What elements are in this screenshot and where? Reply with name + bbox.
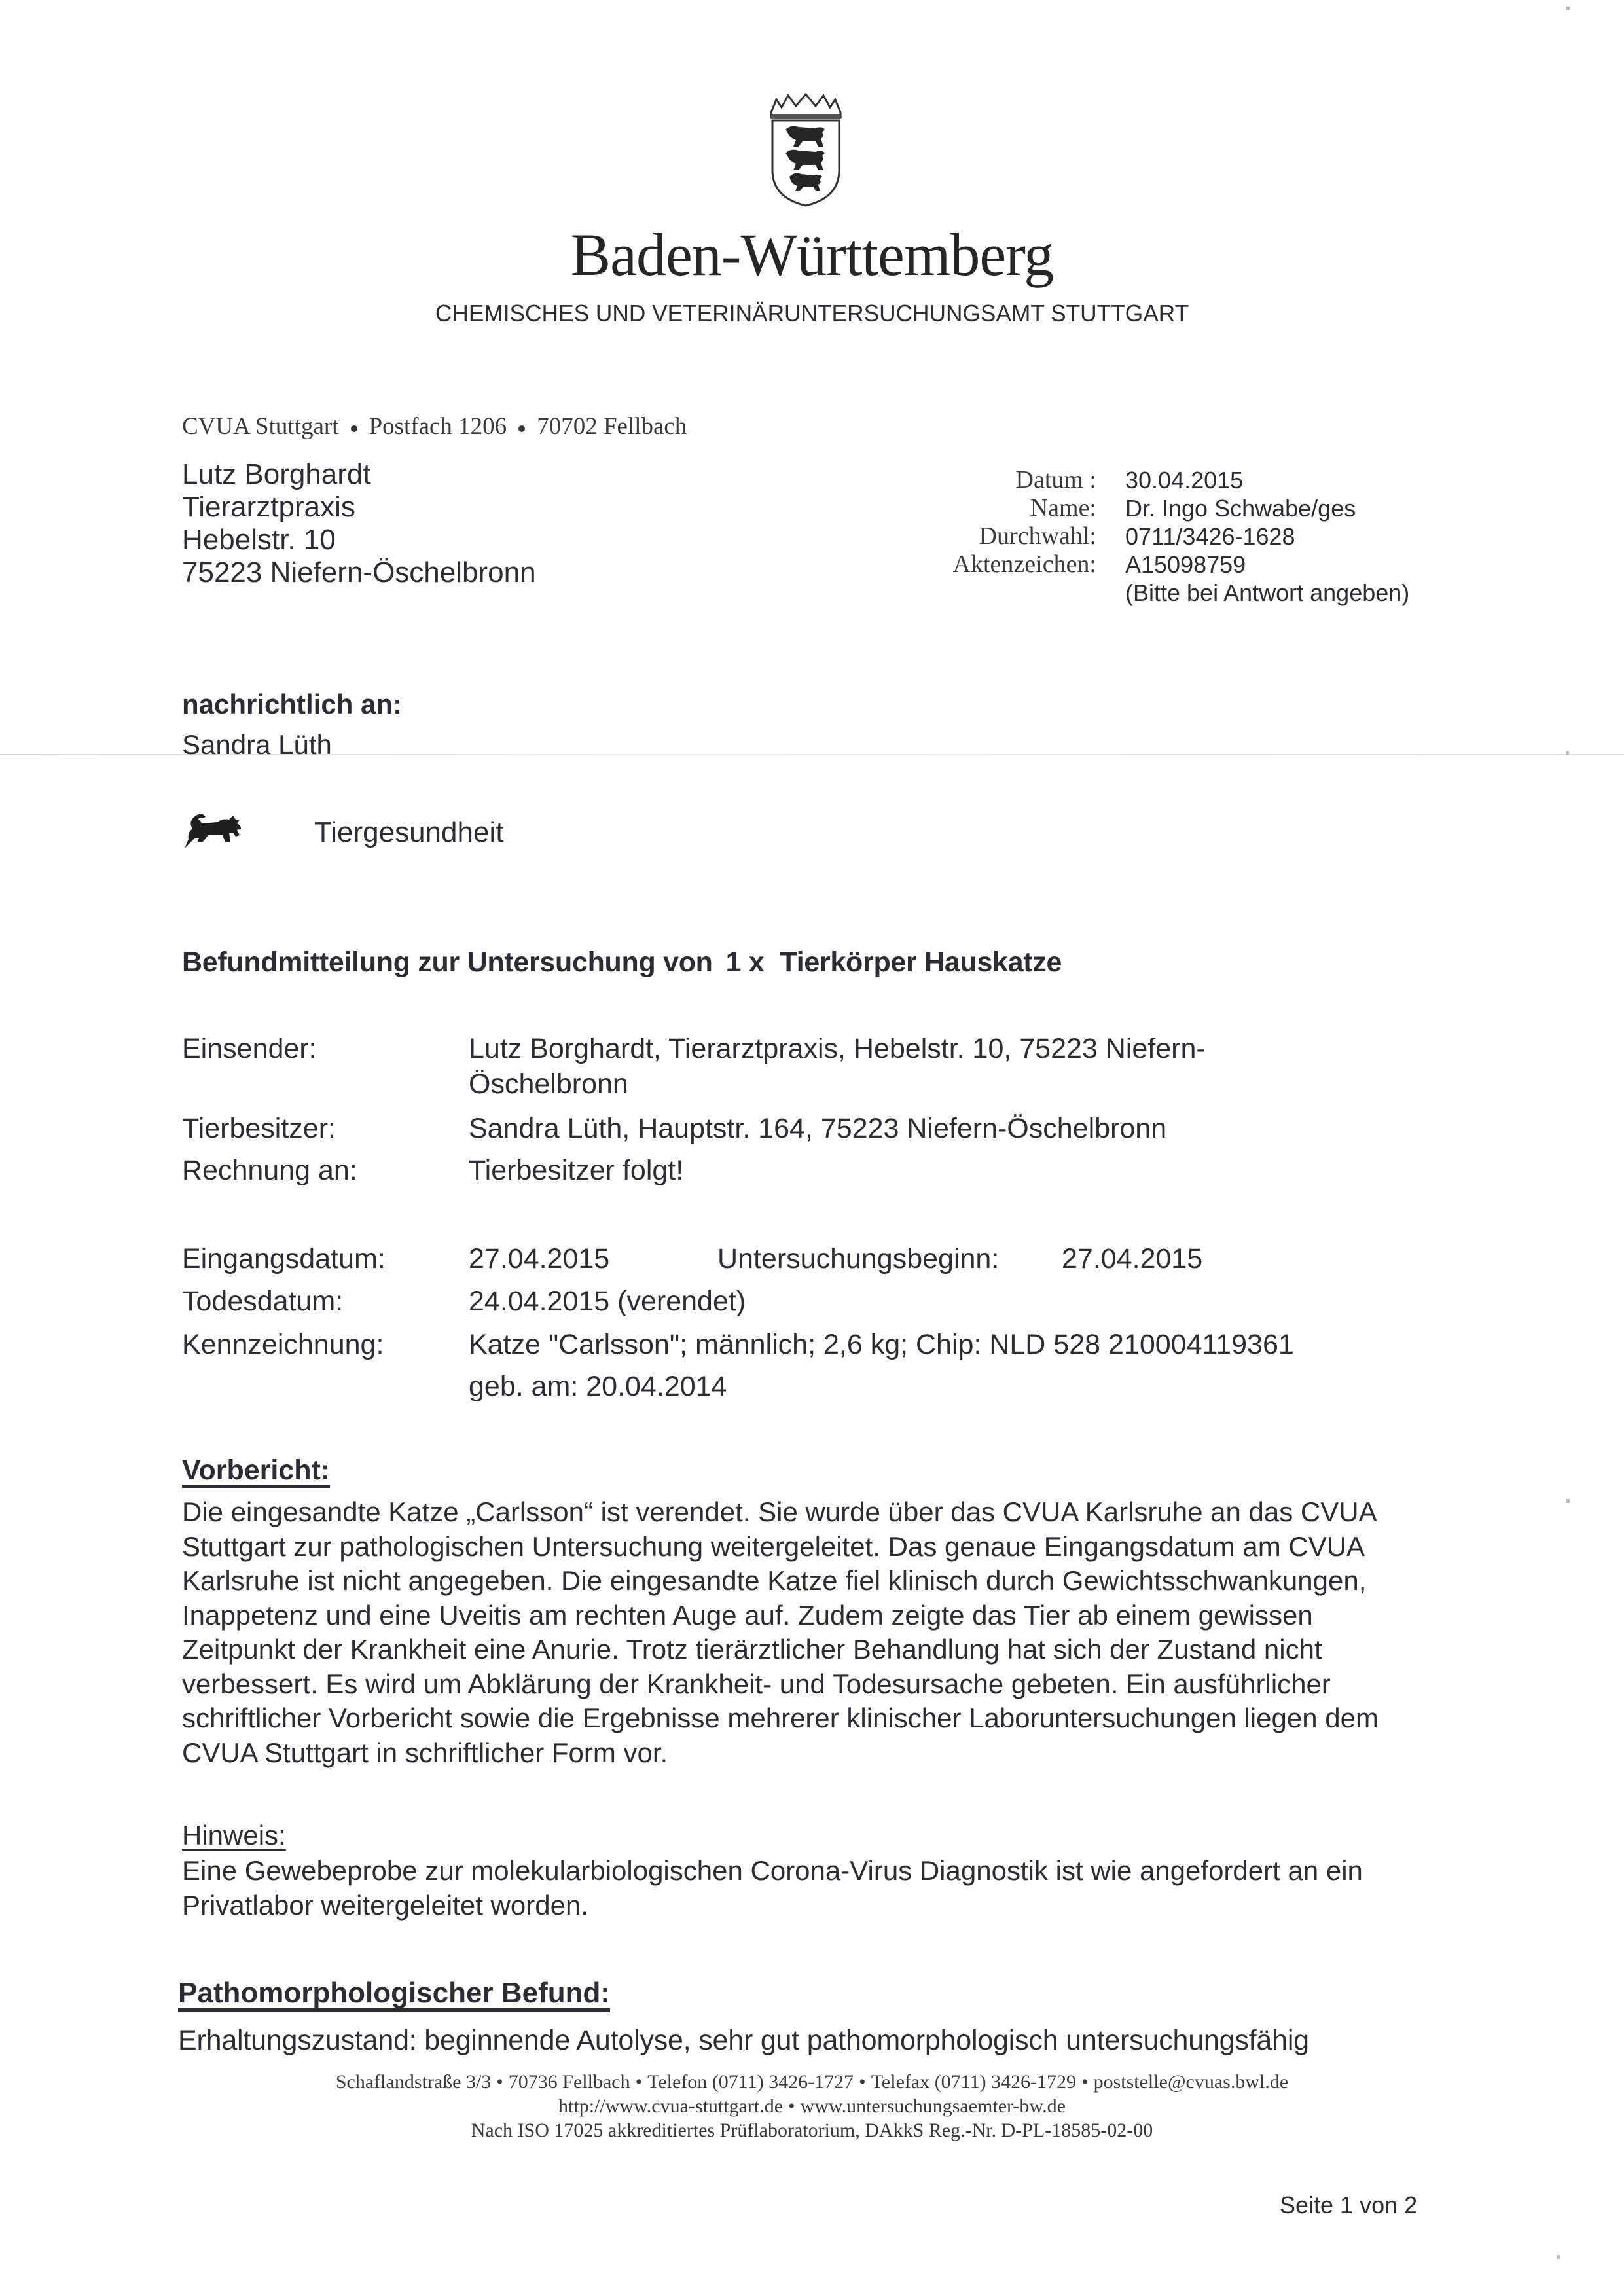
page-number: Seite 1 von 2 [1280,2192,1417,2219]
cc-label: nachrichtlich an: [182,689,402,720]
recipient-street: Hebelstr. 10 [182,524,536,556]
einsender-value-line2: Öschelbronn [469,1068,628,1100]
rechnung-label: Rechnung an: [182,1155,357,1187]
eingangsdatum-value: 27.04.2015 [469,1243,609,1275]
untersuchungsbeginn-value: 27.04.2015 [1062,1243,1202,1275]
state-title: Baden-Württemberg [0,220,1624,289]
letter-footer: Schaflandstraße 3/3•70736 Fellbach•Telef… [0,2070,1624,2142]
recipient-name: Lutz Borghardt [182,458,536,491]
footer-address-line: Schaflandstraße 3/3•70736 Fellbach•Telef… [0,2070,1624,2094]
scan-artifact [1566,751,1569,755]
eingangsdatum-label: Eingangsdatum: [182,1243,386,1275]
einsender-value-line1: Lutz Borghardt, Tierarztpraxis, Hebelstr… [469,1033,1206,1065]
recipient-practice: Tierarztpraxis [182,491,536,524]
footer-fax: Telefax (0711) 3426-1729 [871,2071,1076,2093]
footer-accreditation: Nach ISO 17025 akkreditiertes Prüflabora… [0,2118,1624,2142]
datum-value: 30.04.2015 [1125,466,1243,494]
report-quantity: 1 x [726,947,765,978]
hinweis-body: Eine Gewebeprobe zur molekularbiologisch… [182,1854,1426,1923]
coat-of-arms-icon [767,93,844,208]
untersuchungsbeginn-label: Untersuchungsbeginn: [717,1243,999,1275]
return-address-pobox: Postfach 1206 [369,413,507,440]
recipient-address: Lutz Borghardt Tierarztpraxis Hebelstr. … [182,458,536,589]
scan-artifact [1566,1499,1570,1503]
footer-website-cvua: http://www.cvua-stuttgart.de [558,2095,783,2117]
tierbesitzer-value: Sandra Lüth, Hauptstr. 164, 75223 Niefer… [469,1113,1166,1145]
aktenzeichen-value: A15098759 [1125,551,1246,579]
recipient-city: 75223 Niefern-Öschelbronn [182,556,536,589]
lion-icon [182,812,253,851]
durchwahl-label: Durchwahl: [903,522,1096,551]
name-value: Dr. Ingo Schwabe/ges [1125,494,1356,522]
hinweis-heading: Hinweis: [182,1820,286,1851]
rechnung-value: Tierbesitzer folgt! [469,1155,683,1187]
letter-meta: Datum :30.04.2015 Name:Dr. Ingo Schwabe/… [903,466,1409,607]
einsender-label: Einsender: [182,1033,317,1065]
aktenzeichen-label: Aktenzeichen: [903,551,1096,579]
report-title: Befundmitteilung zur Untersuchung von1 x… [182,947,1062,979]
vorbericht-heading: Vorbericht: [182,1455,330,1487]
kennzeichnung-value-line1: Katze "Carlsson"; männlich; 2,6 kg; Chip… [469,1329,1294,1361]
report-title-text: Befundmitteilung zur Untersuchung von [182,947,713,978]
erhaltungszustand: Erhaltungszustand: beginnende Autolyse, … [178,2025,1309,2057]
scan-artifact [1557,2255,1560,2259]
return-address-city: 70702 Fellbach [537,413,687,440]
name-label: Name: [903,494,1096,522]
bullet-icon [351,425,357,432]
footer-street: Schaflandstraße 3/3 [336,2071,491,2093]
kennzeichnung-value-line2: geb. am: 20.04.2014 [469,1371,727,1403]
footer-email: poststelle@cvuas.bwl.de [1094,2071,1289,2093]
agency-name: CHEMISCHES UND VETERINÄRUNTERSUCHUNGSAMT… [16,300,1608,327]
bullet-icon [518,425,525,432]
return-address-org: CVUA Stuttgart [182,413,339,440]
return-address: CVUA StuttgartPostfach 120670702 Fellbac… [182,412,687,441]
footer-website-bw: www.untersuchungsaemter-bw.de [801,2095,1066,2117]
footer-city: 70736 Fellbach [509,2071,630,2093]
fold-line [0,754,1624,755]
kennzeichnung-label: Kennzeichnung: [182,1329,384,1361]
befund-heading: Pathomorphologischer Befund: [178,1977,610,2010]
durchwahl-value: 0711/3426-1628 [1125,522,1295,551]
footer-web-line: http://www.cvua-stuttgart.de•www.untersu… [0,2094,1624,2118]
footer-phone: Telefon (0711) 3426-1727 [647,2071,854,2093]
report-object: Tierkörper Hauskatze [780,947,1062,978]
datum-label: Datum : [903,466,1096,494]
cc-name: Sandra Lüth [182,729,332,761]
vorbericht-body: Die eingesandte Katze „Carlsson“ ist ver… [182,1495,1426,1770]
department-name: Tiergesundheit [314,816,503,849]
todesdatum-value: 24.04.2015 (verendet) [469,1286,746,1318]
aktenzeichen-note: (Bitte bei Antwort angeben) [1125,579,1409,607]
scan-artifact [1566,7,1570,10]
tierbesitzer-label: Tierbesitzer: [182,1113,336,1145]
todesdatum-label: Todesdatum: [182,1286,343,1318]
